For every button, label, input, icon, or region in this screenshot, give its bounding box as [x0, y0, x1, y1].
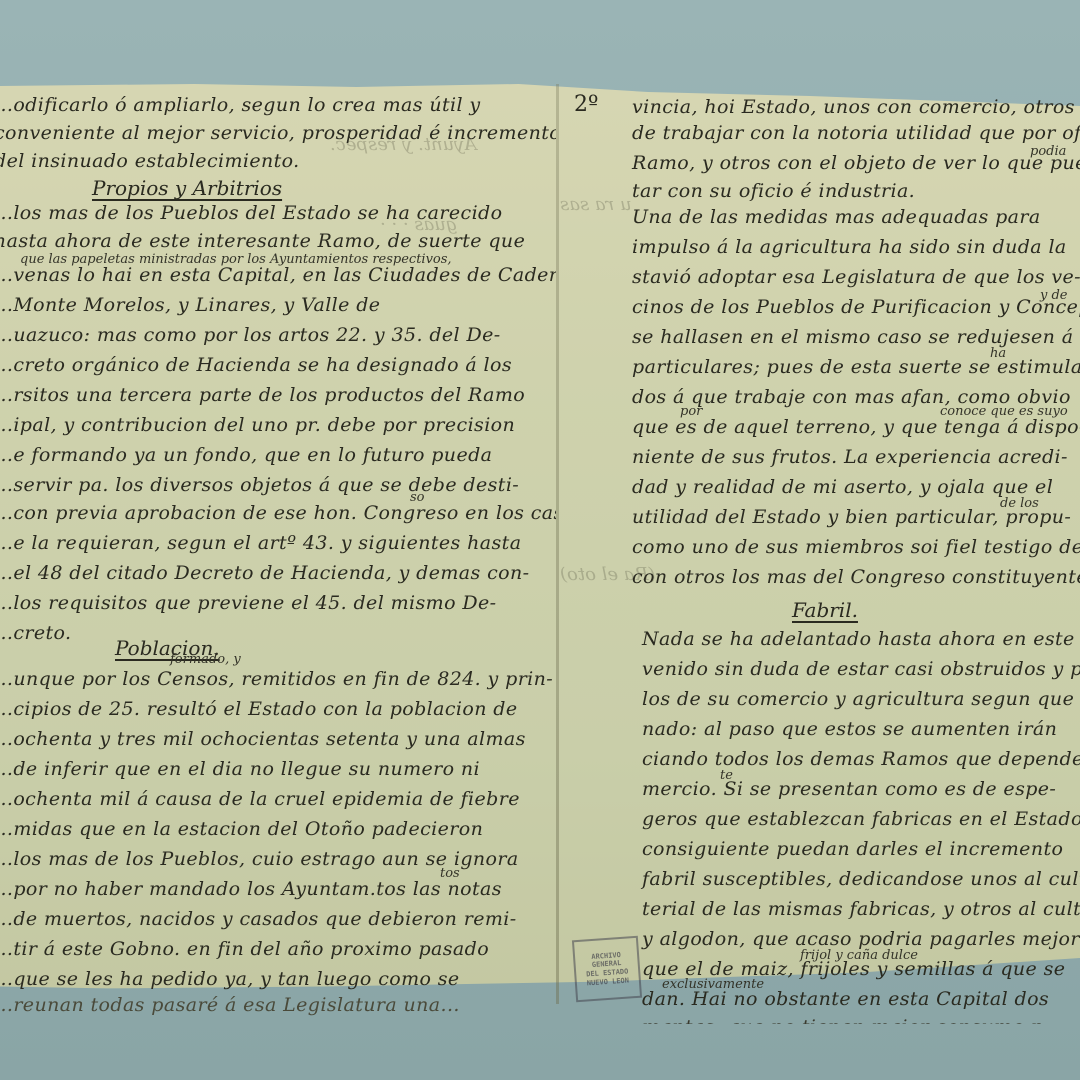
manuscript-line: ...tir á este Gobno. en fin del año prox…: [0, 940, 489, 959]
manuscript-line: nado: al paso que estos se aumenten irán: [642, 720, 1057, 739]
manuscript-line: particulares; pues de esta suerte se est…: [632, 358, 1080, 377]
manuscript-line: tar con su oficio é industria.: [632, 182, 915, 201]
manuscript-line: los de su comercio y agricultura segun q…: [642, 690, 1074, 709]
manuscript-line: mantas, que no tienen maior consumo p...: [642, 1018, 1063, 1024]
manuscript-line: cinos de los Pueblos de Purificacion y C…: [632, 298, 1080, 317]
manuscript-line: ...creto orgánico de Hacienda se ha desi…: [0, 356, 512, 375]
manuscript-line: del insinuado establecimiento.: [0, 152, 300, 171]
manuscript-line: ...e la requieran, segun el artº 43. y s…: [0, 534, 521, 553]
manuscript-line: ...el 48 del citado Decreto de Hacienda,…: [0, 564, 529, 583]
manuscript-line: impulso á la agricultura ha sido sin dud…: [632, 238, 1067, 257]
manuscript-line: ...unque por los Censos, remitidos en fi…: [0, 670, 553, 689]
manuscript-line: ...por no haber mandado los Ayuntam.tos …: [0, 880, 502, 899]
manuscript-line: ...de inferir que en el dia no llegue su…: [0, 760, 480, 779]
manuscript-line: de trabajar con la notoria utilidad que …: [632, 124, 1080, 143]
manuscript-line: ...que se les ha pedido ya, y tan luego …: [0, 970, 460, 989]
manuscript-line: ...ipal, y contribucion del uno pr. debe…: [0, 416, 515, 435]
manuscript-line: ...reunan todas pasaré á esa Legislatura…: [0, 996, 460, 1015]
manuscript-line: ...e formando ya un fondo, que en lo fut…: [0, 446, 492, 465]
manuscript-line: y algodon, que acaso podria pagarles mej…: [642, 930, 1080, 949]
left-page: Ayunt. y respec. guas · · · ...odificarl…: [0, 84, 556, 1024]
manuscript-line: Nada se ha adelantado hasta ahora en est…: [642, 630, 1080, 649]
right-page: u ra sas (Ra el oto) 2º vincia, hoi Esta…: [560, 84, 1080, 1024]
manuscript-line: dad y realidad de mi aserto, y ojala que…: [632, 478, 1053, 497]
manuscript-line: venido sin duda de estar casi obstruidos…: [642, 660, 1080, 679]
stamp-line: NUEVO LEON: [587, 976, 630, 988]
archive-stamp: ARCHIVO GENERAL DEL ESTADO NUEVO LEON: [572, 936, 642, 1002]
manuscript-line: ...servir pa. los diversos objetos á que…: [0, 476, 519, 495]
manuscript-line: ...creto.: [0, 624, 71, 643]
manuscript-line: fabril susceptibles, dedicandose unos al…: [642, 870, 1080, 889]
manuscript-line: que es de aquel terreno, y que tenga á d…: [632, 418, 1080, 437]
manuscript-line: terial de las mismas fabricas, y otros a…: [642, 900, 1080, 919]
manuscript-line: ...odificarlo ó ampliarlo, segun lo crea…: [0, 96, 481, 115]
manuscript-line: ...ochenta mil á causa de la cruel epide…: [0, 790, 520, 809]
manuscript-line: utilidad del Estado y bien particular, p…: [632, 508, 1071, 527]
manuscript-line: mercio. Si se presentan como es de espe-: [642, 780, 1056, 799]
page-number: 2º: [574, 92, 598, 117]
manuscript-line: ...los requisitos que previene el 45. de…: [0, 594, 496, 613]
manuscript-line: ...venas lo hai en esta Capital, en las …: [0, 266, 556, 285]
manuscript-line: niente de sus frutos. La experiencia acr…: [632, 448, 1068, 467]
manuscript-line: ...cipios de 25. resultó el Estado con l…: [0, 700, 518, 719]
manuscript-line: con otros los mas del Congreso constituy…: [632, 568, 1080, 587]
section-heading-propios: Propios y Arbitrios: [92, 176, 282, 200]
manuscript-line: dan. Hai no obstante en esta Capital dos: [642, 990, 1049, 1009]
manuscript-line: ...uazuco: mas como por los artos 22. y …: [0, 326, 501, 345]
manuscript-line: ...midas que en la estacion del Otoño pa…: [0, 820, 483, 839]
section-heading-fabril: Fabril.: [792, 598, 858, 622]
manuscript-line: Una de las medidas mas adequadas para: [632, 208, 1041, 227]
manuscript-line: Ramo, y otros con el objeto de ver lo qu…: [632, 154, 1080, 173]
manuscript-line: ...de muertos, nacidos y casados que deb…: [0, 910, 517, 929]
manuscript-line: ...los mas de los Pueblos del Estado se …: [0, 204, 502, 223]
bleed-through-text: u ra sas: [560, 194, 632, 215]
manuscript-line: conveniente al mejor servicio, prosperid…: [0, 124, 556, 143]
manuscript-line: hasta ahora de este interesante Ramo, de…: [0, 232, 525, 251]
manuscript-line: ...rsitos una tercera parte de los produ…: [0, 386, 525, 405]
manuscript-line: geros que establezcan fabricas en el Est…: [642, 810, 1080, 829]
manuscript-line: se hallasen en el mismo caso se redujese…: [632, 328, 1080, 347]
manuscript-line: ...Monte Morelos, y Linares, y Valle de: [0, 296, 380, 315]
manuscript-line: ...ochenta y tres mil ochocientas setent…: [0, 730, 526, 749]
page-fold: [556, 84, 559, 1004]
interlinear-note: formado, y: [170, 652, 241, 667]
manuscript-line: vincia, hoi Estado, unos con comercio, o…: [632, 98, 1080, 117]
manuscript-line: stavió adoptar esa Legislatura de que lo…: [632, 268, 1080, 287]
manuscript-line: consiguiente puedan darles el incremento: [642, 840, 1063, 859]
manuscript-line: como uno de sus miembros soi fiel testig…: [632, 538, 1080, 557]
manuscript-line: ...con previa aprobacion de ese hon. Con…: [0, 504, 556, 523]
manuscript-line: ciando todos los demas Ramos que depende: [642, 750, 1080, 769]
